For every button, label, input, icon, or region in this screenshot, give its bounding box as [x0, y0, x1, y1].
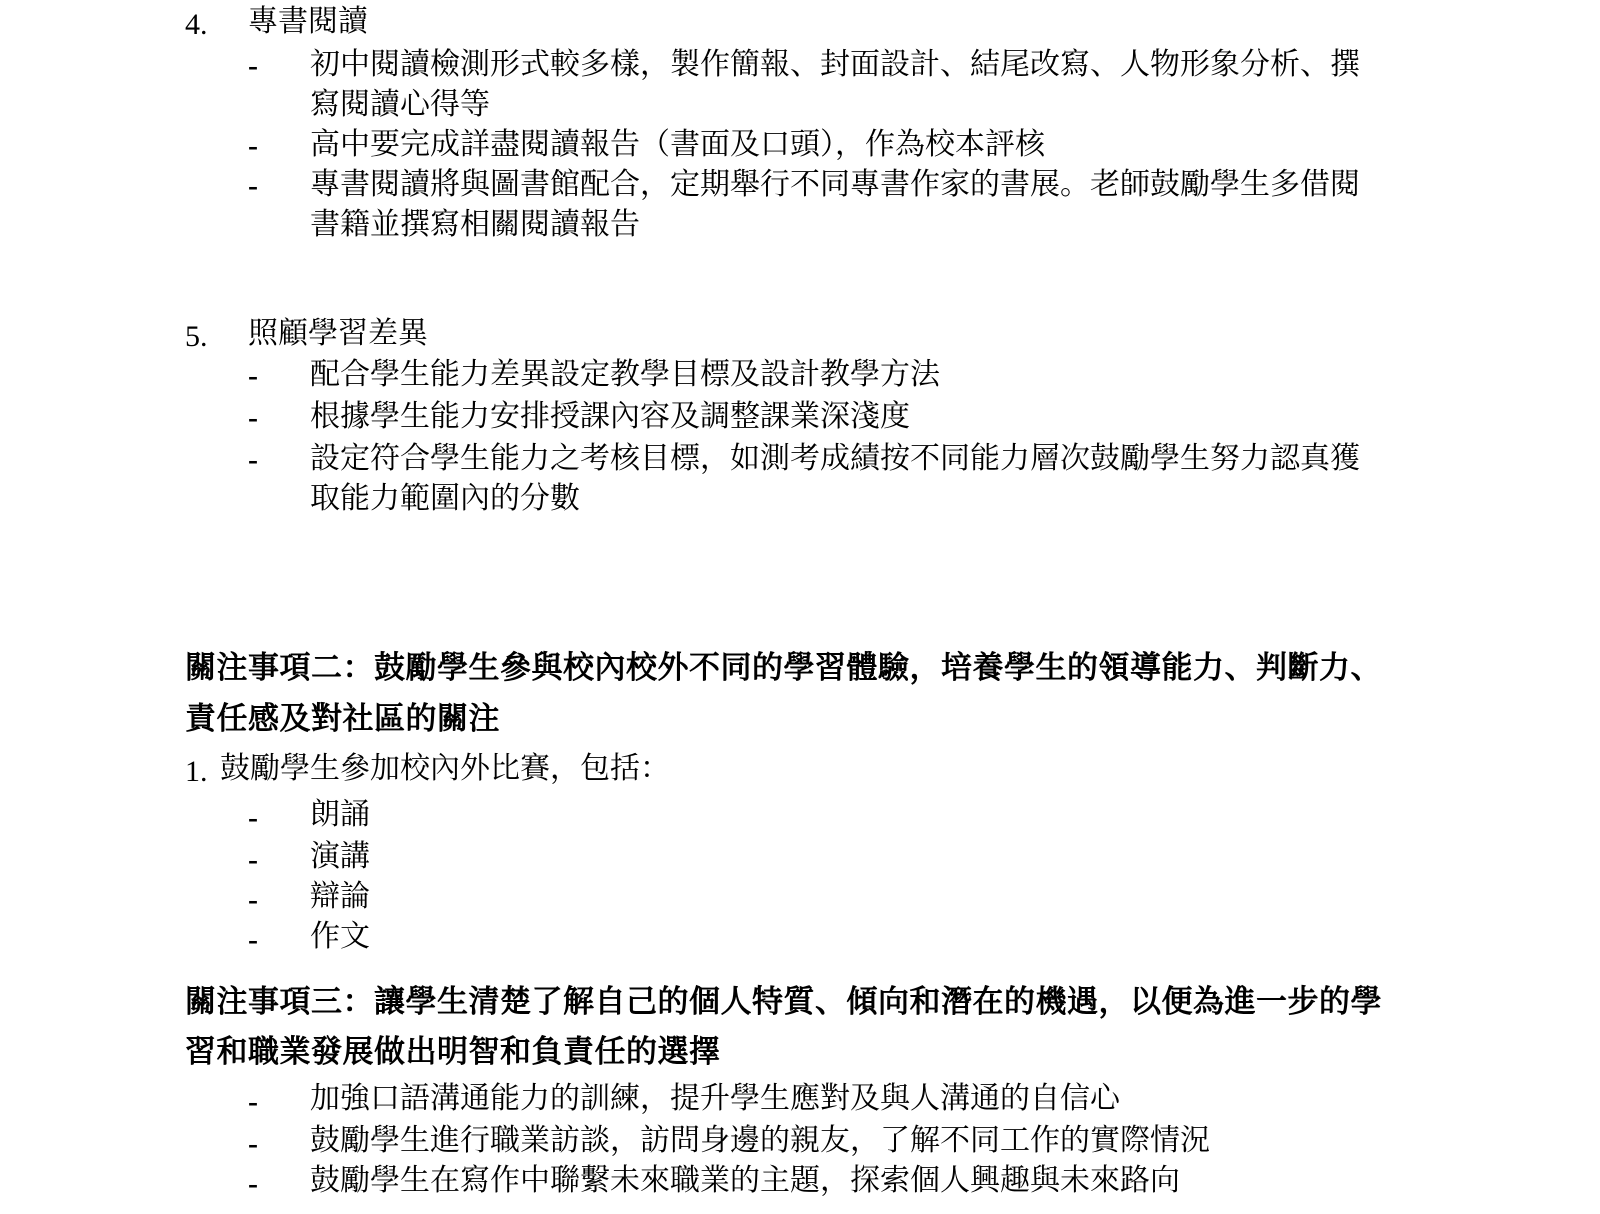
bullet-marker: - — [248, 169, 258, 204]
bullet-text-line: 根據學生能力安排授課內容及調整課業深淺度 — [310, 400, 910, 435]
bullet-text-line: 初中閱讀檢測形式較多樣，製作簡報、封面設計、結尾改寫、人物形象分析、撰 — [310, 48, 1360, 83]
bullet-marker: - — [248, 1167, 258, 1202]
concern-2-heading-line-1: 關注事項二：鼓勵學生參與校內校外不同的學習體驗，培養學生的領導能力、判斷力、 — [185, 650, 1382, 686]
competition-item: 作文 — [310, 920, 370, 955]
bullet-marker: - — [248, 1127, 258, 1162]
bullet-text-line: 高中要完成詳盡閱讀報告（書面及口頭），作為校本評核 — [310, 128, 1045, 163]
concern-2-item-1-number: 1. — [185, 755, 208, 790]
bullet-text-line: 設定符合學生能力之考核目標，如測考成績按不同能力層次鼓勵學生努力認真獲 — [310, 442, 1360, 477]
bullet-text-line: 書籍並撰寫相關閱讀報告 — [310, 208, 640, 243]
bullet-text-line: 配合學生能力差異設定教學目標及設計教學方法 — [310, 358, 940, 393]
document-page: 4. 專書閱讀 - 初中閱讀檢測形式較多樣，製作簡報、封面設計、結尾改寫、人物形… — [0, 0, 1600, 1214]
bullet-marker: - — [248, 843, 258, 878]
bullet-text-line: 取能力範圍內的分數 — [310, 482, 580, 517]
bullet-marker: - — [248, 359, 258, 394]
bullet-marker: - — [248, 401, 258, 436]
concern-2-item-1-text: 鼓勵學生參加校內外比賽，包括： — [220, 752, 670, 787]
bullet-text-line: 鼓勵學生在寫作中聯繫未來職業的主題，探索個人興趣與未來路向 — [310, 1164, 1180, 1199]
concern-3-heading-line-1: 關注事項三：讓學生清楚了解自己的個人特質、傾向和潛在的機遇，以便為進一步的學 — [185, 984, 1382, 1020]
bullet-marker: - — [248, 1085, 258, 1120]
bullet-marker: - — [248, 443, 258, 478]
section-5-title: 照顧學習差異 — [248, 317, 428, 352]
bullet-marker: - — [248, 129, 258, 164]
section-4-number: 4. — [185, 8, 208, 43]
competition-item: 朗誦 — [310, 798, 370, 833]
bullet-marker: - — [248, 883, 258, 918]
concern-3-heading-line-2: 習和職業發展做出明智和負責任的選擇 — [185, 1034, 721, 1070]
bullet-text-line: 加強口語溝通能力的訓練，提升學生應對及與人溝通的自信心 — [310, 1082, 1120, 1117]
concern-2-heading-line-2: 責任感及對社區的關注 — [185, 701, 500, 737]
competition-item: 演講 — [310, 840, 370, 875]
bullet-text-line: 專書閱讀將與圖書館配合，定期舉行不同專書作家的書展。老師鼓勵學生多借閱 — [310, 168, 1360, 203]
section-5-number: 5. — [185, 320, 208, 355]
bullet-marker: - — [248, 49, 258, 84]
bullet-marker: - — [248, 801, 258, 836]
competition-item: 辯論 — [310, 880, 370, 915]
section-4-title: 專書閱讀 — [248, 5, 368, 40]
bullet-marker: - — [248, 923, 258, 958]
bullet-text-line: 寫閱讀心得等 — [310, 88, 490, 123]
bullet-text-line: 鼓勵學生進行職業訪談，訪問身邊的親友，了解不同工作的實際情況 — [310, 1124, 1210, 1159]
